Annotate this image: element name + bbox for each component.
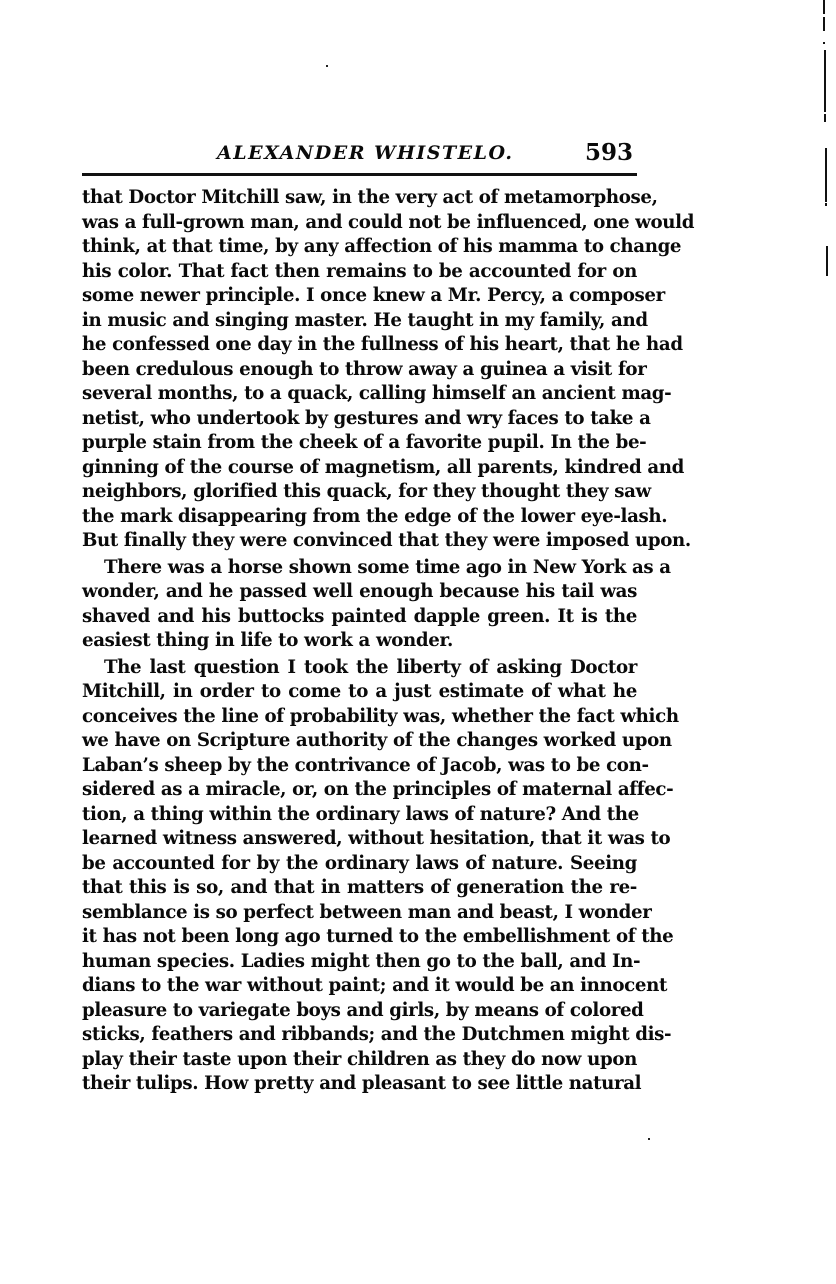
text-line: their tulips. How pretty and pleasant to… <box>82 1072 637 1097</box>
text-line: shaved and his buttocks painted dapple g… <box>82 605 637 630</box>
scan-margin-marks <box>822 0 832 300</box>
text-line: the mark disappearing from the edge of t… <box>82 505 637 530</box>
text-line: neighbors, glorified this quack, for the… <box>82 480 637 505</box>
scan-speck <box>326 65 328 67</box>
text-line: learned witness answered, without hesita… <box>82 827 637 852</box>
text-line: Laban’s sheep by the contrivance of Jaco… <box>82 754 637 779</box>
text-line: purple stain from the cheek of a favorit… <box>82 431 637 456</box>
text-line: that Doctor Mitchill saw, in the very ac… <box>82 186 637 211</box>
text-line: ginning of the course of magnetism, all … <box>82 456 637 481</box>
header-rule <box>82 173 637 176</box>
text-line: sticks, feathers and ribbands; and the D… <box>82 1023 637 1048</box>
text-line: it has not been long ago turned to the e… <box>82 925 637 950</box>
text-line: dians to the war without paint; and it w… <box>82 974 637 999</box>
text-line: There was a horse shown some time ago in… <box>82 556 637 581</box>
text-line: pleasure to variegate boys and girls, by… <box>82 999 637 1024</box>
text-line: The last question I took the liberty of … <box>82 656 637 681</box>
scan-speck <box>648 1138 650 1140</box>
text-line: play their taste upon their children as … <box>82 1048 637 1073</box>
text-line: easiest thing in life to work a wonder. <box>82 629 637 654</box>
body-text: that Doctor Mitchill saw, in the very ac… <box>82 186 637 1097</box>
running-title: ALEXANDER WHISTELO. <box>217 142 514 164</box>
text-line: wonder, and he passed well enough becaus… <box>82 580 637 605</box>
text-line: think, at that time, by any affection of… <box>82 235 637 260</box>
text-line: that this is so, and that in matters of … <box>82 876 637 901</box>
text-line: been credulous enough to throw away a gu… <box>82 358 637 383</box>
paragraph-3: The last question I took the liberty of … <box>82 656 637 1097</box>
text-line: conceives the line of probability was, w… <box>82 705 637 730</box>
text-line: he confessed one day in the fullness of … <box>82 333 637 358</box>
paragraph-1: that Doctor Mitchill saw, in the very ac… <box>82 186 637 554</box>
text-line: tion, a thing within the ordinary laws o… <box>82 803 637 828</box>
book-page: ALEXANDER WHISTELO. 593 that Doctor Mitc… <box>0 0 836 1284</box>
page-header: ALEXANDER WHISTELO. 593 <box>82 136 637 172</box>
text-line: we have on Scripture authority of the ch… <box>82 729 637 754</box>
text-line: semblance is so perfect between man and … <box>82 901 637 926</box>
text-line: was a full-grown man, and could not be i… <box>82 211 637 236</box>
text-line: his color. That fact then remains to be … <box>82 260 637 285</box>
text-line: Mitchill, in order to come to a just est… <box>82 680 637 705</box>
text-line: some newer principle. I once knew a Mr. … <box>82 284 637 309</box>
text-line: be accounted for by the ordinary laws of… <box>82 852 637 877</box>
text-line: netist, who undertook by gestures and wr… <box>82 407 637 432</box>
text-line: But finally they were convinced that the… <box>82 529 637 554</box>
text-line: sidered as a miracle, or, on the princip… <box>82 778 637 803</box>
text-line: in music and singing master. He taught i… <box>82 309 637 334</box>
page-number: 593 <box>585 139 633 166</box>
text-line: several months, to a quack, calling hims… <box>82 382 637 407</box>
text-line: human species. Ladies might then go to t… <box>82 950 637 975</box>
paragraph-2: There was a horse shown some time ago in… <box>82 556 637 654</box>
